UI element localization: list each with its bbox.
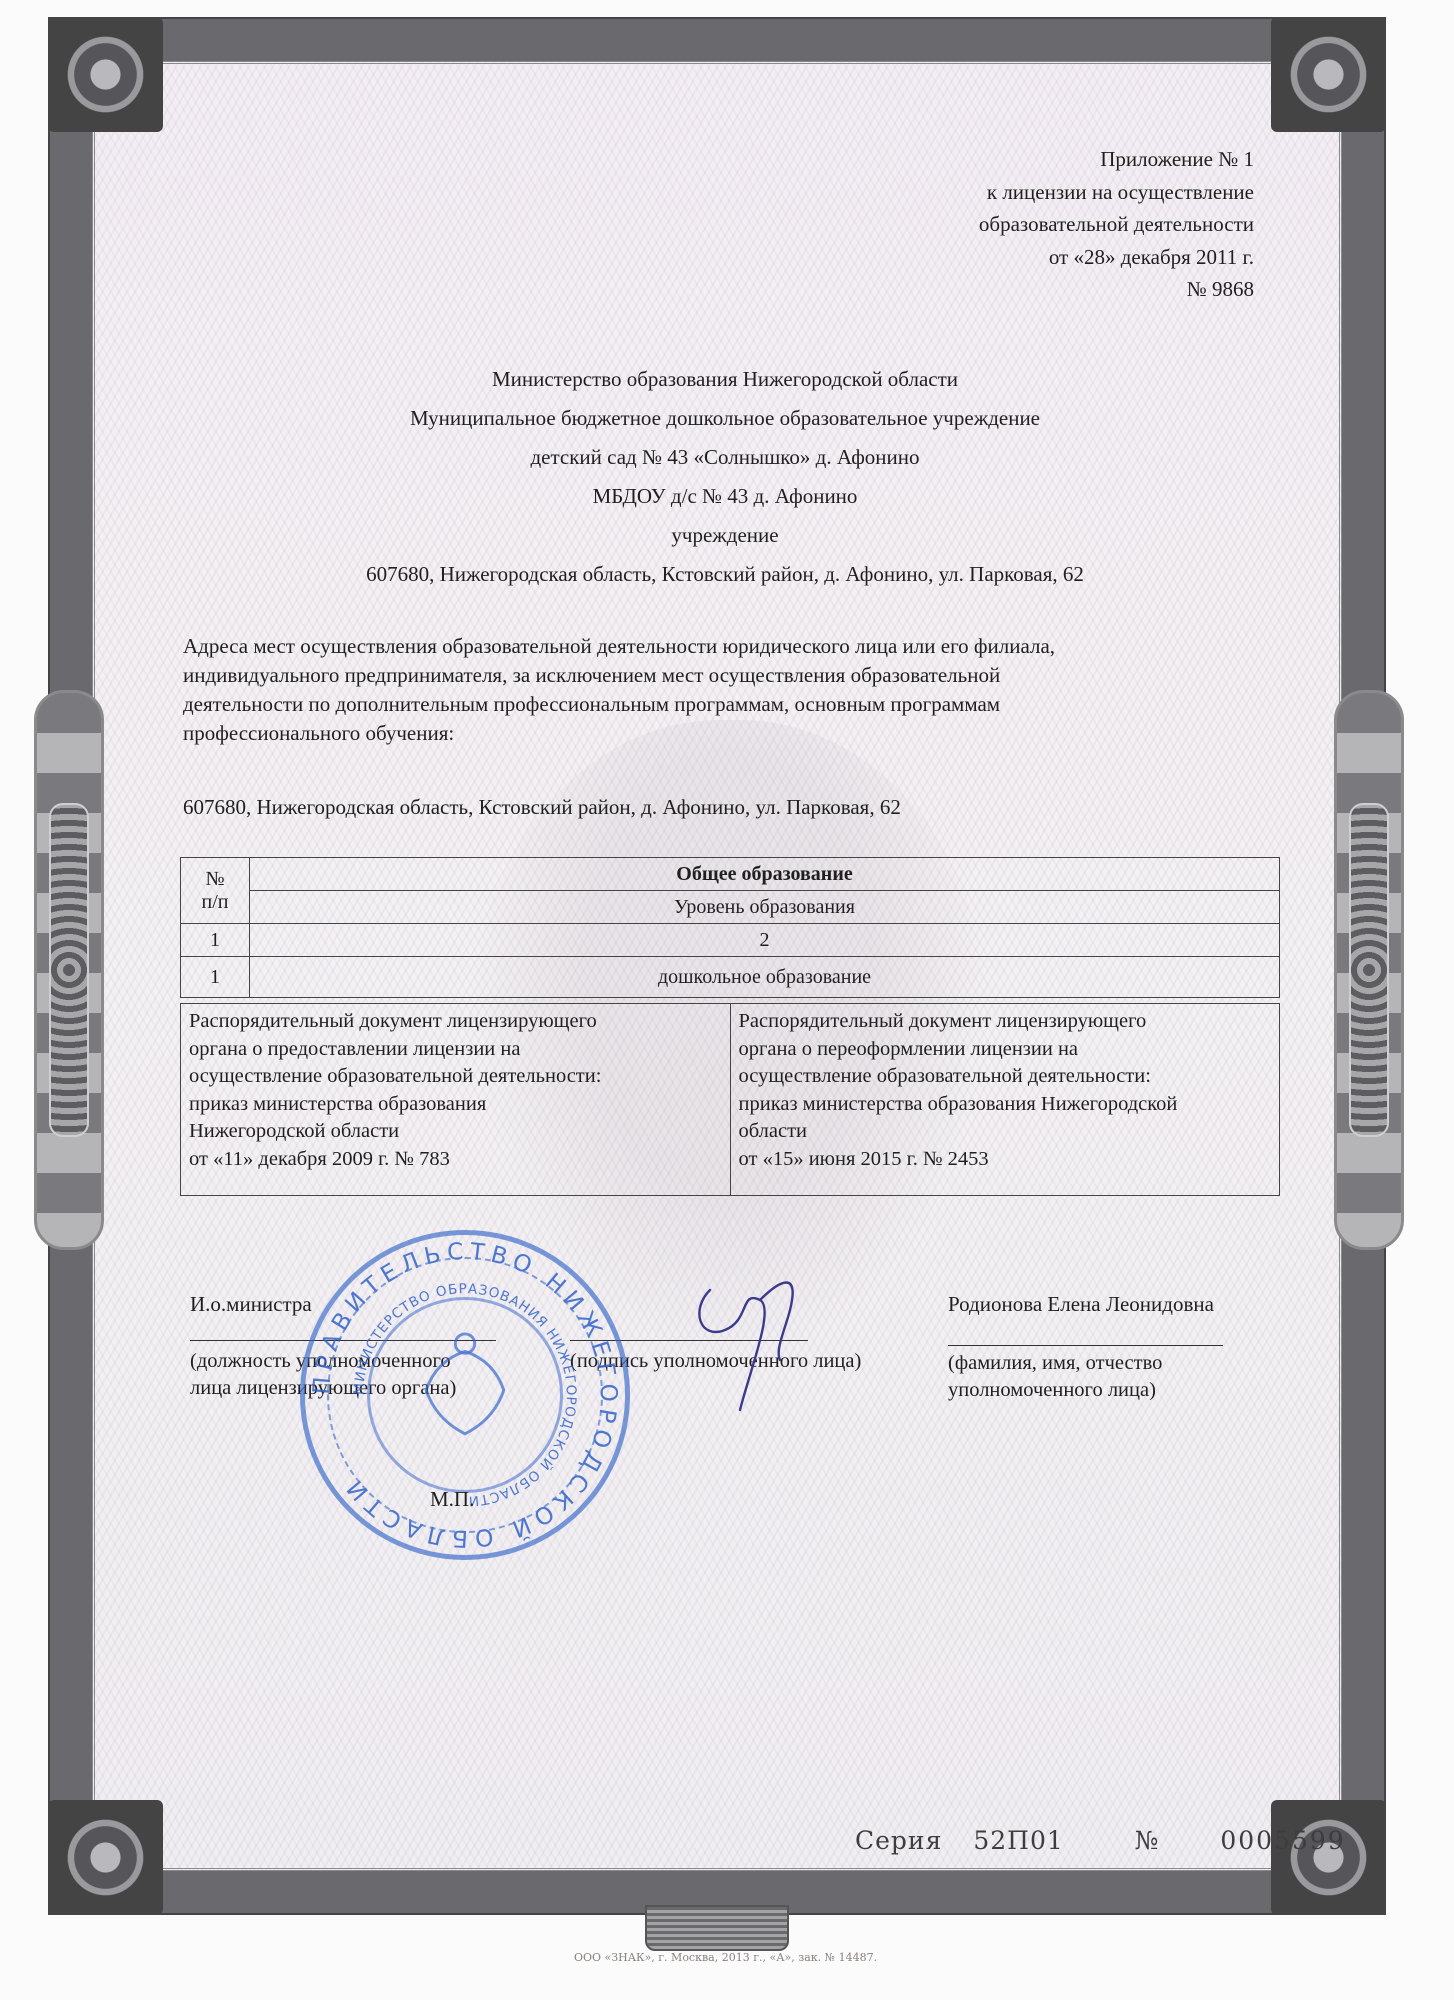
- seal-label: М.П.: [430, 1485, 474, 1514]
- doc-line: Нижегородской области: [189, 1118, 722, 1146]
- doc-line: Распорядительный документ лицензирующего: [189, 1008, 722, 1036]
- series-label: Серия: [855, 1826, 942, 1855]
- signer-position: И.о.министра: [190, 1290, 312, 1319]
- caption-line: (фамилия, имя, отчество: [948, 1350, 1162, 1377]
- corner-ornament-icon: [48, 17, 163, 132]
- institution-block: Министерство образования Нижегородской о…: [170, 360, 1280, 594]
- issue-document-cell: Распорядительный документ лицензирующего…: [181, 1004, 731, 1196]
- doc-line: органа о переоформлении лицензии на: [739, 1036, 1272, 1064]
- doc-line: органа о предоставлении лицензии на: [189, 1036, 722, 1064]
- institution-address: 607680, Нижегородская область, Кстовский…: [170, 555, 1280, 594]
- places-paragraph: Адреса мест осуществления образовательно…: [183, 632, 1203, 748]
- table-title: Общее образование: [250, 858, 1280, 891]
- number-value: 0005599: [1220, 1826, 1345, 1855]
- appendix-line: образовательной деятельности: [794, 208, 1254, 241]
- table-row: Распорядительный документ лицензирующего…: [181, 1004, 1280, 1196]
- appendix-line: № 9868: [794, 273, 1254, 306]
- paragraph-line: индивидуального предпринимателя, за искл…: [183, 661, 1203, 690]
- appendix-line: от «28» декабря 2011 г.: [794, 241, 1254, 274]
- paragraph-line: деятельности по дополнительным профессио…: [183, 690, 1203, 719]
- corner-ornament-icon: [1271, 1800, 1386, 1915]
- caption-line: уполномоченного лица): [948, 1377, 1162, 1404]
- blank-series: Серия 52П01 № 0005599: [855, 1826, 1368, 1855]
- printer-note: ООО «ЗНАК», г. Москва, 2013 г., «А», зак…: [574, 1951, 877, 1964]
- corner-ornament-icon: [1271, 17, 1386, 132]
- number-label: №: [1135, 1826, 1160, 1855]
- doc-line: осуществление образовательной деятельнос…: [739, 1063, 1272, 1091]
- doc-line: приказ министерства образования: [189, 1091, 722, 1119]
- row-value: дошкольное образование: [250, 957, 1280, 998]
- name-caption: (фамилия, имя, отчество уполномоченного …: [948, 1350, 1162, 1404]
- svg-text:МИНИСТЕРСТВО ОБРАЗОВАНИЯ НИЖЕГ: МИНИСТЕРСТВО ОБРАЗОВАНИЯ НИЖЕГОРОДСКОЙ О…: [351, 1281, 579, 1509]
- paragraph-line: профессионального обучения:: [183, 719, 1203, 748]
- institution-full-name-cont: детский сад № 43 «Солнышко» д. Афонино: [170, 438, 1280, 477]
- appendix-line: к лицензии на осуществление: [794, 176, 1254, 209]
- row-value: 2: [250, 924, 1280, 957]
- licensing-authority: Министерство образования Нижегородской о…: [170, 360, 1280, 399]
- signer-name: Родионова Елена Леонидовна: [948, 1290, 1214, 1319]
- handwritten-signature-icon: [680, 1250, 840, 1430]
- name-line: [948, 1345, 1223, 1346]
- doc-line: от «15» июня 2015 г. № 2453: [739, 1146, 1272, 1174]
- side-medallion-icon: [1334, 690, 1404, 1250]
- doc-line: от «11» декабря 2009 г. № 783: [189, 1146, 722, 1174]
- institution-full-name: Муниципальное бюджетное дошкольное образ…: [170, 399, 1280, 438]
- institution-type: учреждение: [170, 516, 1280, 555]
- table-subtitle: Уровень образования: [250, 891, 1280, 924]
- table-row: 1 2: [181, 924, 1280, 957]
- doc-line: Распорядительный документ лицензирующего: [739, 1008, 1272, 1036]
- num-header-line: №: [187, 868, 243, 891]
- doc-line: области: [739, 1118, 1272, 1146]
- doc-line: осуществление образовательной деятельнос…: [189, 1063, 722, 1091]
- education-table: № п/п Общее образование Уровень образова…: [180, 857, 1280, 998]
- activity-address: 607680, Нижегородская область, Кстовский…: [183, 793, 901, 822]
- documents-table: Распорядительный документ лицензирующего…: [180, 1003, 1280, 1196]
- hologram-plate: [645, 1905, 789, 1951]
- num-header: № п/п: [181, 858, 250, 924]
- corner-ornament-icon: [48, 1800, 163, 1915]
- paragraph-line: Адреса мест осуществления образовательно…: [183, 632, 1203, 661]
- table-row: 1 дошкольное образование: [181, 957, 1280, 998]
- row-number: 1: [181, 924, 250, 957]
- table-row: № п/п Общее образование: [181, 858, 1280, 891]
- series-value: 52П01: [973, 1826, 1063, 1855]
- doc-line: приказ министерства образования Нижегоро…: [739, 1091, 1272, 1119]
- institution-short-name: МБДОУ д/с № 43 д. Афонино: [170, 477, 1280, 516]
- appendix-line: Приложение № 1: [794, 143, 1254, 176]
- stamp-inner-text: МИНИСТЕРСТВО ОБРАЗОВАНИЯ НИЖЕГОРОДСКОЙ О…: [351, 1281, 579, 1509]
- reissue-document-cell: Распорядительный документ лицензирующего…: [730, 1004, 1280, 1196]
- table-row: Уровень образования: [181, 891, 1280, 924]
- num-header-line: п/п: [187, 891, 243, 914]
- appendix-header: Приложение № 1 к лицензии на осуществлен…: [794, 143, 1254, 306]
- row-number: 1: [181, 957, 250, 998]
- side-medallion-icon: [34, 690, 104, 1250]
